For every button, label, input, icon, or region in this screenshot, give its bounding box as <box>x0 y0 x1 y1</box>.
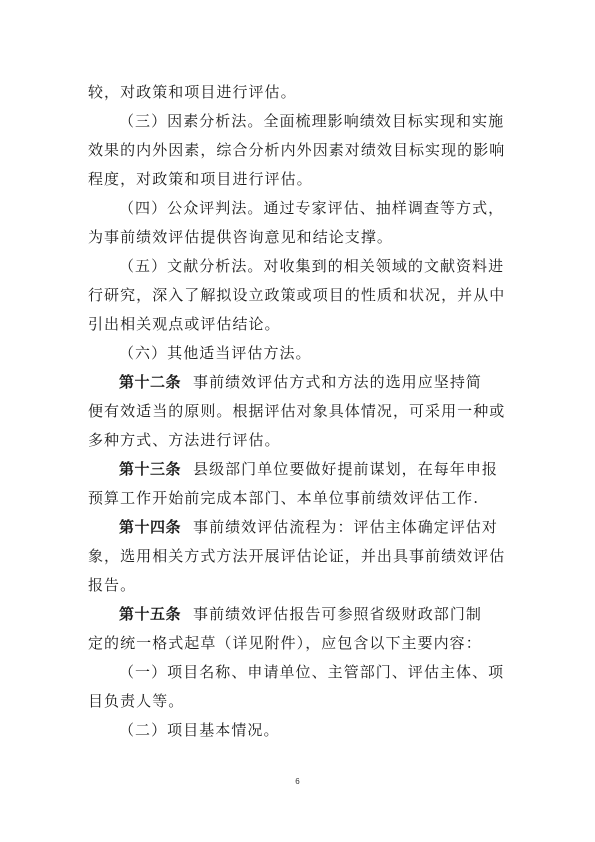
text-line: 报告。 <box>88 571 508 600</box>
article-13-text: 县级部门单位要做好提前谋划，在每年申报 <box>193 460 498 478</box>
text-line: 多种方式、方法进行评估。 <box>88 426 508 455</box>
page-number: 6 <box>0 777 595 786</box>
article-13-heading: 第十三条 <box>119 460 181 478</box>
article-12-text: 事前绩效评估方式和方法的选用应坚持简 <box>193 373 482 391</box>
method-five: （五）文献分析法。对收集到的相关领域的文献资料进 <box>88 252 508 281</box>
text-line: 行研究，深入了解拟设立政策或项目的性质和状况，并从中 <box>88 281 508 310</box>
text-line: 定的统一格式起草（详见附件），应包含以下主要内容： <box>88 629 508 658</box>
article-15-text: 事前绩效评估报告可参照省级财政部门制 <box>193 605 482 623</box>
page-body: 较，对政策和项目进行评估。 （三）因素分析法。全面梳理影响绩效目标实现和实施 效… <box>88 78 508 745</box>
article-14-text: 事前绩效评估流程为：评估主体确定评估对 <box>193 518 498 536</box>
article-14-heading: 第十四条 <box>119 518 181 536</box>
article-15-heading: 第十五条 <box>119 605 181 623</box>
method-three: （三）因素分析法。全面梳理影响绩效目标实现和实施 <box>88 107 508 136</box>
article-15: 第十五条事前绩效评估报告可参照省级财政部门制 <box>88 600 508 629</box>
document-page: 较，对政策和项目进行评估。 （三）因素分析法。全面梳理影响绩效目标实现和实施 效… <box>0 0 595 842</box>
text-line: 程度，对政策和项目进行评估。 <box>88 165 508 194</box>
article-12-heading: 第十二条 <box>119 373 181 391</box>
text-line: 目负责人等。 <box>88 687 508 716</box>
text-line: 为事前绩效评估提供咨询意见和结论支撑。 <box>88 223 508 252</box>
method-six: （六）其他适当评估方法。 <box>88 339 508 368</box>
article-12: 第十二条事前绩效评估方式和方法的选用应坚持简 <box>88 368 508 397</box>
text-line: 效果的内外因素，综合分析内外因素对绩效目标实现的影响 <box>88 136 508 165</box>
article-14: 第十四条事前绩效评估流程为：评估主体确定评估对 <box>88 513 508 542</box>
text-line: 引出相关观点或评估结论。 <box>88 310 508 339</box>
text-line: 较，对政策和项目进行评估。 <box>88 78 508 107</box>
method-four: （四）公众评判法。通过专家评估、抽样调查等方式， <box>88 194 508 223</box>
item-two: （二）项目基本情况。 <box>88 716 508 745</box>
text-line: 象，选用相关方式方法开展评估论证，并出具事前绩效评估 <box>88 542 508 571</box>
article-13: 第十三条县级部门单位要做好提前谋划，在每年申报 <box>88 455 508 484</box>
text-line: 便有效适当的原则。根据评估对象具体情况，可采用一种或 <box>88 397 508 426</box>
item-one: （一）项目名称、申请单位、主管部门、评估主体、项 <box>88 658 508 687</box>
text-line: 预算工作开始前完成本部门、本单位事前绩效评估工作. <box>88 484 508 513</box>
